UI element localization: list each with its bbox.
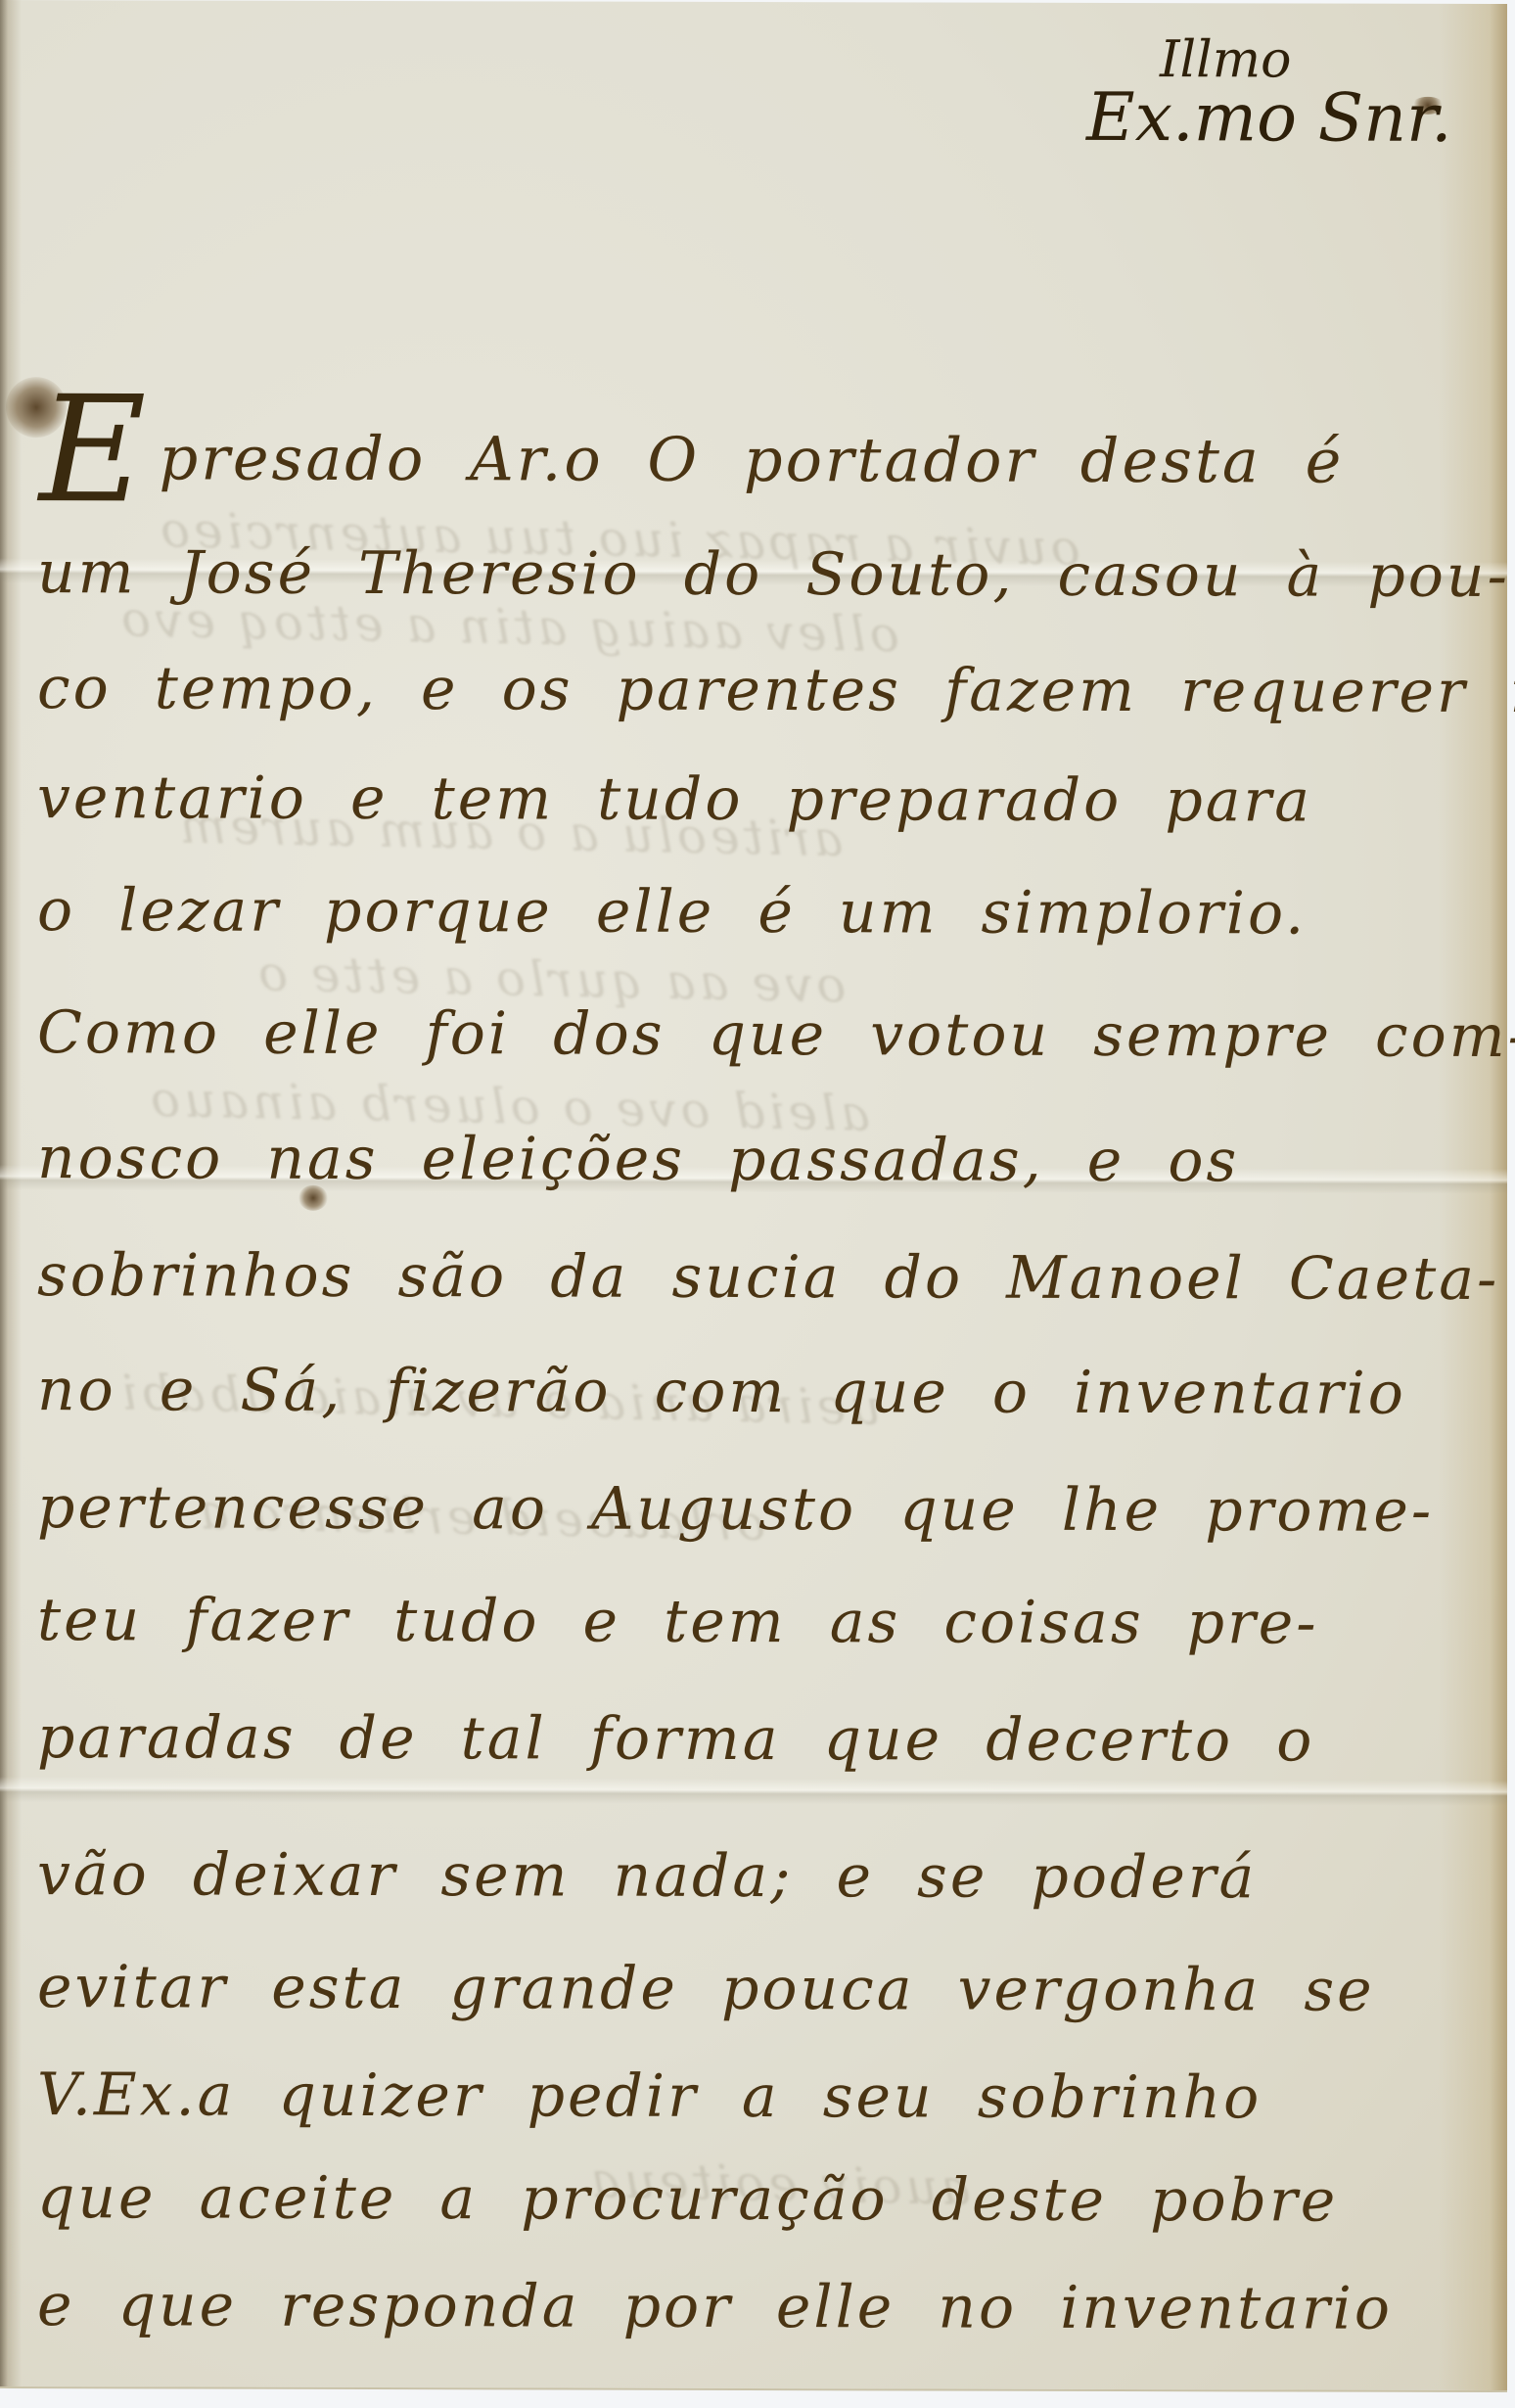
letter-line-11: teu fazer tudo e tem as coisas pre- — [37, 1586, 1319, 1657]
letter-line-text: presado Ar.o O portador desta é — [160, 422, 1345, 496]
scanned-letter-page: ouvir a rapaz iuo tuu autenrcieo ollev a… — [0, 0, 1515, 2408]
letter-line-3: co tempo, e os parentes fazem requerer i… — [37, 654, 1515, 726]
fold-crease — [0, 1777, 1507, 1806]
opening-capital: E — [39, 365, 150, 535]
letter-line-17: e que responda por elle no inventario — [37, 2271, 1393, 2343]
letter-line-16: que aceite a procuração deste pobre — [37, 2163, 1338, 2235]
letter-line-4: ventario e tem tudo preparado para — [37, 764, 1312, 835]
letter-line-6: Como elle foi dos que votou sempre com- — [37, 998, 1515, 1071]
letter-line-12: paradas de tal forma que decerto o — [37, 1703, 1314, 1775]
letter-line-1: Epresado Ar.o O portador desta é — [39, 377, 1344, 527]
letter-line-5: o lezar porque elle é um simplorio. — [37, 876, 1307, 948]
salutation-line-2: Ex.mo Snr. — [1086, 79, 1452, 158]
letter-line-7: nosco nas eleições passadas, e os — [37, 1124, 1239, 1195]
letter-line-10: pertencesse ao Augusto que lhe prome- — [37, 1473, 1434, 1546]
letter-line-13: vão deixar sem nada; e se poderá — [37, 1840, 1257, 1912]
letter-line-2: um José Theresio do Souto, casou à pou- — [37, 538, 1510, 611]
letter-line-9: no e Sá, fizerão com que o inventario — [37, 1356, 1406, 1428]
paper-sheet: ouvir a rapaz iuo tuu autenrcieo ollev a… — [0, 0, 1507, 2392]
letter-line-15: V.Ex.a quizer pedir a seu sobrinho — [37, 2061, 1262, 2132]
letter-line-8: sobrinhos são da sucia do Manoel Caeta- — [37, 1241, 1499, 1314]
letter-line-14: evitar esta grande pouca vergonha se — [37, 1953, 1375, 2025]
